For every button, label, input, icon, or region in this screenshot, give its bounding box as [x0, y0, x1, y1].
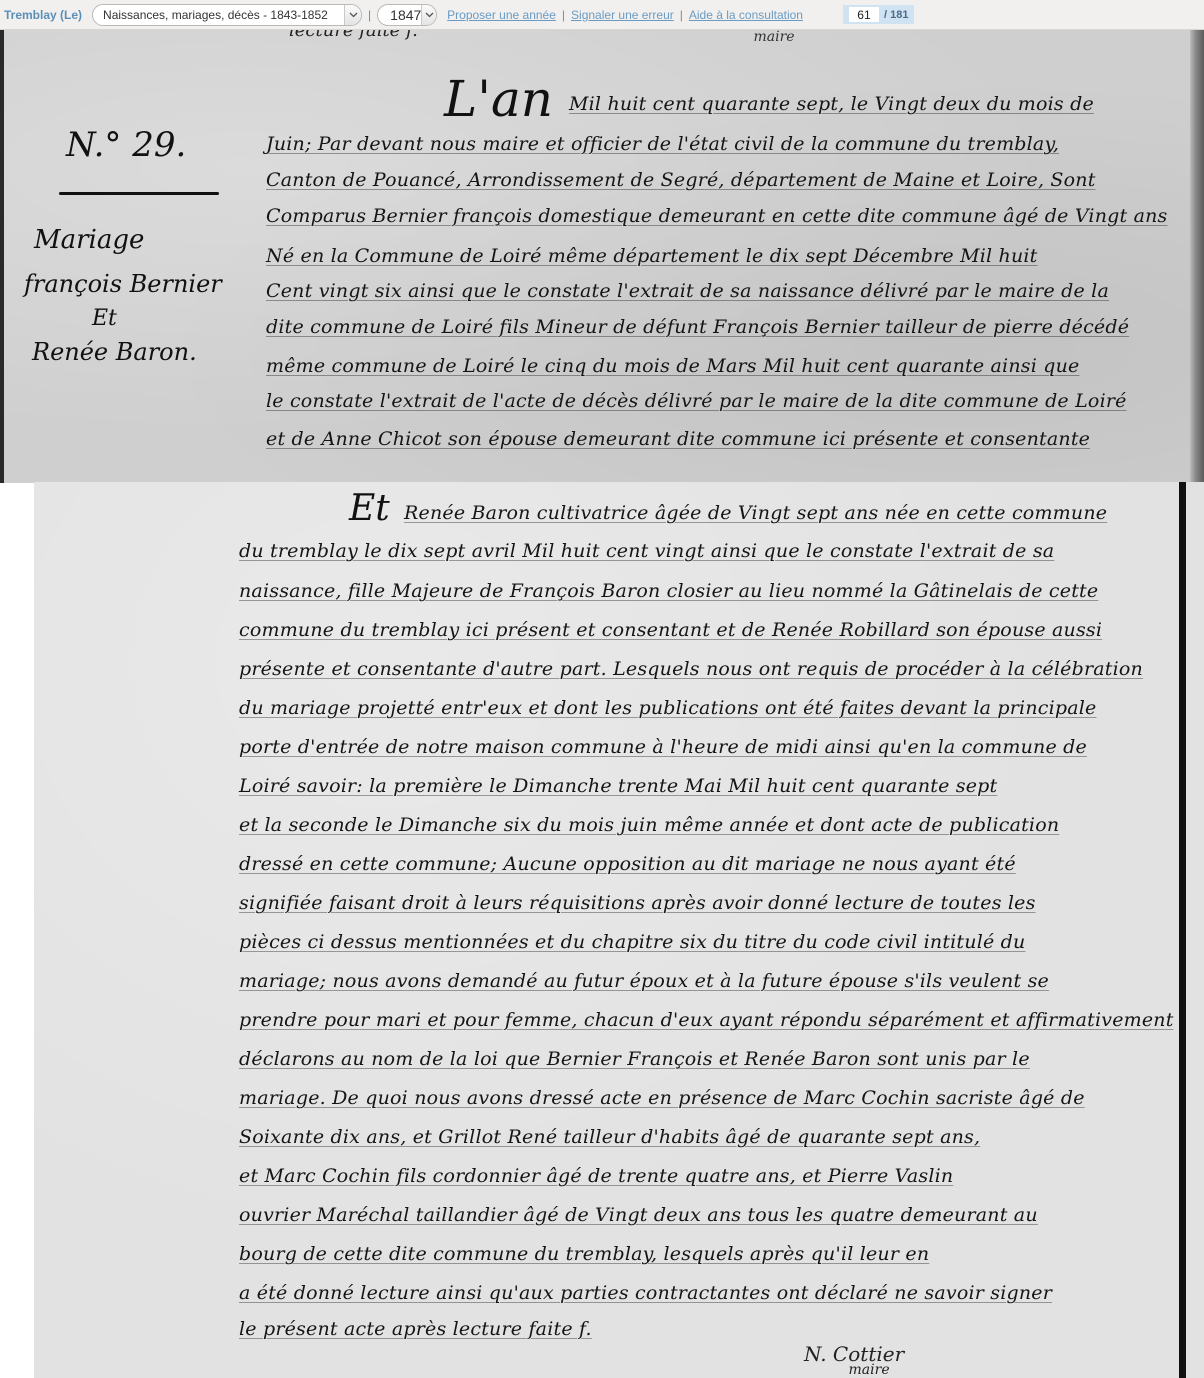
- scan-page-lower[interactable]: Et Renée Baron cultivatrice âgée de Ving…: [34, 482, 1204, 1378]
- top-signature: N. Cottier maire: [739, 30, 809, 44]
- divider: [59, 192, 219, 195]
- text-line: porte d'entrée de notre maison commune à…: [239, 736, 1087, 758]
- text-line: présente et consentante d'autre part. Le…: [239, 658, 1143, 680]
- text-line: et Marc Cochin fils cordonnier âgé de tr…: [239, 1165, 953, 1187]
- text-line: commune du tremblay ici présent et conse…: [239, 619, 1102, 641]
- text-line: le constate l'extrait de l'acte de décès…: [266, 390, 1127, 412]
- text-line: Renée Baron cultivatrice âgée de Vingt s…: [404, 502, 1107, 524]
- chevron-down-icon[interactable]: [421, 5, 436, 25]
- scan-viewer[interactable]: lecture faite f. N. Cottier maire N.° 29…: [0, 30, 1204, 1378]
- text-line: Juin; Par devant nous maire et officier …: [266, 133, 1059, 155]
- text-line: du mariage projetté entr'eux et dont les…: [239, 697, 1096, 719]
- chevron-down-icon[interactable]: [344, 5, 361, 25]
- text-line: bourg de cette dite commune du tremblay,…: [239, 1243, 929, 1265]
- separator: |: [368, 8, 371, 22]
- margin-groom-name: françois Bernier: [24, 270, 222, 298]
- annee-select[interactable]: 1847: [377, 4, 437, 26]
- margin-title: Mariage: [34, 225, 144, 255]
- help-link[interactable]: Aide à la consultation: [689, 8, 803, 22]
- text-line: et de Anne Chicot son épouse demeurant d…: [266, 428, 1090, 450]
- text-line: mariage. De quoi nous avons dressé acte …: [239, 1087, 1085, 1109]
- text-line: Mil huit cent quarante sept, le Vingt de…: [569, 93, 1094, 115]
- margin-et: Et: [92, 306, 117, 331]
- page-total: / 181: [884, 9, 908, 21]
- report-error-link[interactable]: Signaler une erreur: [571, 8, 674, 22]
- text-line: Né en la Commune de Loiré même départeme…: [266, 245, 1038, 267]
- text-line: mariage; nous avons demandé au futur épo…: [239, 970, 1049, 992]
- margin-bride-name: Renée Baron.: [32, 338, 197, 366]
- top-fragment: lecture faite f.: [289, 30, 418, 41]
- text-line: Soixante dix ans, et Grillot René taille…: [239, 1126, 980, 1148]
- text-line: a été donné lecture ainsi qu'aux parties…: [239, 1282, 1052, 1304]
- text-line: dressé en cette commune; Aucune oppositi…: [239, 853, 1016, 875]
- registre-select-value: Naissances, mariages, décès - 1843-1852: [103, 8, 344, 22]
- text-line: ouvrier Maréchal taillandier âgé de Ving…: [239, 1204, 1038, 1226]
- scan-page-upper[interactable]: lecture faite f. N. Cottier maire N.° 29…: [0, 30, 1204, 483]
- text-line: signifiée faisant droit à leurs réquisit…: [239, 892, 1036, 914]
- text-line: même commune de Loiré le cinq du mois de…: [266, 355, 1079, 377]
- text-line: et la seconde le Dimanche six du mois ju…: [239, 814, 1059, 836]
- opening-word: Et: [349, 488, 390, 529]
- text-line: Loiré savoir: la première le Dimanche tr…: [239, 775, 997, 797]
- opening-word: L'an: [444, 70, 553, 128]
- separator: |: [680, 8, 683, 22]
- text-line: déclarons au nom de la loi que Bernier F…: [239, 1048, 1030, 1070]
- text-line: Cent vingt six ainsi que le constate l'e…: [266, 280, 1109, 302]
- text-line: pièces ci dessus mentionnées et du chapi…: [239, 931, 1025, 953]
- text-line: du tremblay le dix sept avril Mil huit c…: [239, 540, 1054, 562]
- pagination: / 181: [843, 5, 914, 24]
- text-line: Canton de Pouancé, Arrondissement de Seg…: [266, 169, 1096, 191]
- text-line: prendre pour mari et pour femme, chacun …: [239, 1009, 1174, 1031]
- propose-year-link[interactable]: Proposer une année: [447, 8, 556, 22]
- mayor-signature: N. Cottier maire: [804, 1342, 904, 1378]
- annee-select-value: 1847: [390, 7, 421, 23]
- text-line: dite commune de Loiré fils Mineur de déf…: [266, 316, 1129, 338]
- acte-number: N.° 29.: [66, 125, 186, 165]
- page-number-input[interactable]: [849, 7, 879, 22]
- separator: |: [562, 8, 565, 22]
- registre-select[interactable]: Naissances, mariages, décès - 1843-1852: [92, 4, 362, 26]
- text-line: Comparus Bernier françois domestique dem…: [266, 205, 1167, 227]
- commune-link[interactable]: Tremblay (Le): [4, 8, 82, 22]
- viewer-toolbar: Tremblay (Le) Naissances, mariages, décè…: [0, 0, 1204, 30]
- text-line: naissance, fille Majeure de François Bar…: [239, 580, 1098, 602]
- text-line: le présent acte après lecture faite f.: [239, 1318, 592, 1340]
